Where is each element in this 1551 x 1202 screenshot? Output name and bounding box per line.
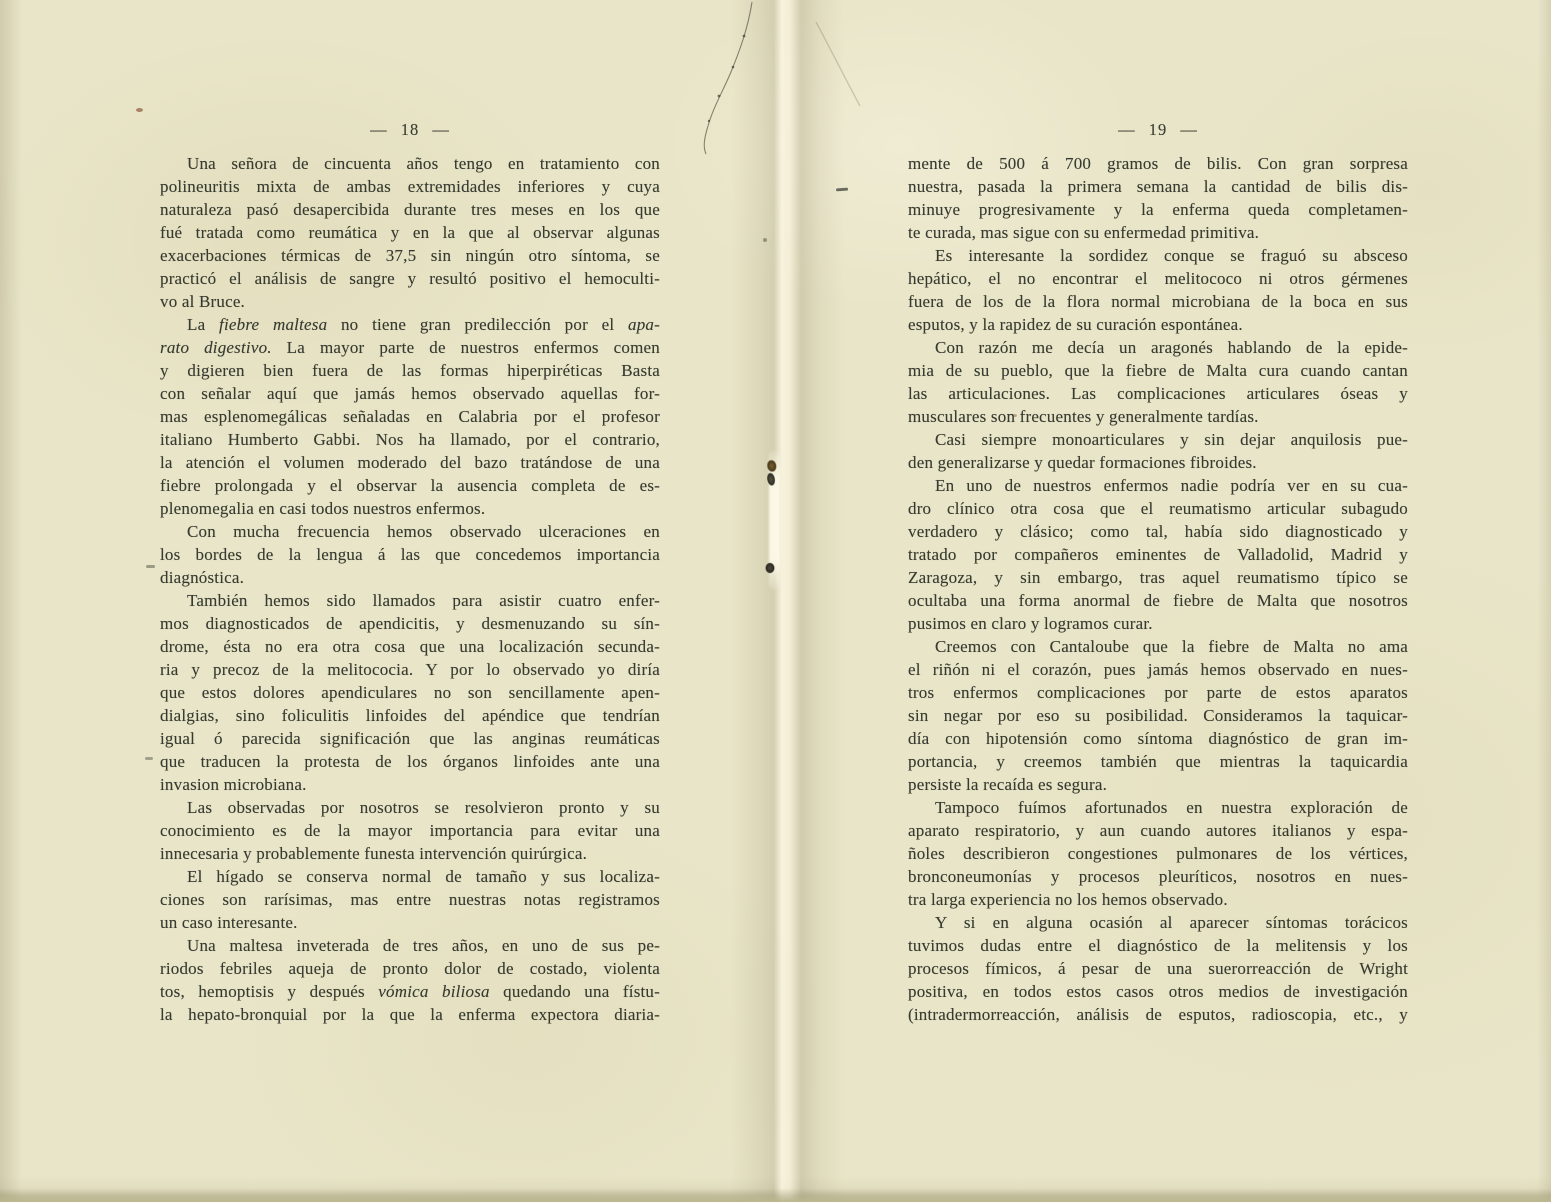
text-line: el riñón ni el corazón, pues jamás hemos… [908,658,1408,681]
text-line: Con razón me decía un aragonés hablando … [908,336,1408,359]
text-line: den generalizarse y quedar formaciones f… [908,451,1408,474]
text-line: verdadero y clásico; como tal, había sid… [908,520,1408,543]
text-line: riodos febriles aqueja de pronto dolor d… [160,957,660,980]
staple-mark-top [761,457,784,490]
text-run: hepático, el no encontrar el melitococo … [908,269,1408,288]
text-line: mente de 500 á 700 gramos de bilis. Con … [908,152,1408,175]
text-run: ocultaba una forma anormal de fiebre de … [908,591,1408,610]
text-run: sin negar por eso su posibilidad. Consid… [908,706,1408,725]
text-line: con señalar aquí que jamás hemos observa… [160,382,660,405]
text-run: los bordes de la lengua á las que conced… [160,545,660,564]
text-run: fiebre maltesa [219,315,327,334]
text-run: que traducen la protesta de los órganos … [160,752,660,771]
fold-highlight [769,450,780,590]
text-line: minuye progresivamente y la enferma qued… [908,198,1408,221]
text-run: un caso interesante. [160,913,298,932]
text-line: conocimiento es de la mayor importancia … [160,819,660,842]
text-run: fuera de los de la flora normal microbia… [908,292,1408,311]
text-run: practicó el análisis de sangre y resultó… [160,269,660,288]
text-line: polineuritis mixta de ambas extremidades… [160,175,660,198]
text-run: tratado por compañeros eminentes de Vall… [908,545,1408,564]
text-run: rato digestivo. [160,338,272,357]
text-line: día con hipotensión como síntoma diagnós… [908,727,1408,750]
text-line: pusimos en claro y logramos curar. [908,612,1408,635]
text-run: ciones son rarísimas, mas entre nuestras… [160,890,660,909]
text-run: Zaragoza, y sin embargo, tras aquel reum… [908,568,1408,587]
text-line: tra larga experiencia no los hemos obser… [908,888,1408,911]
text-run: el riñón ni el corazón, pues jamás hemos… [908,660,1408,679]
text-line: tratado por compañeros eminentes de Vall… [908,543,1408,566]
text-run: te curada, mas sigue con su enfermedad p… [908,223,1259,242]
text-run: día con hipotensión como síntoma diagnós… [908,729,1408,748]
text-line: ñoles describieron congestiones pulmonar… [908,842,1408,865]
text-run: portancia, y creemos también que mientra… [908,752,1408,771]
text-run: esputos, y la rapidez de su curación esp… [908,315,1243,334]
text-run: que estos dolores apendiculares no son s… [160,683,660,702]
text-line: persiste la recaída es segura. [908,773,1408,796]
text-line: dialgias, sino foliculitis linfoides del… [160,704,660,727]
text-line: igual ó parecida significación que las a… [160,727,660,750]
text-run: minuye progresivamente y la enferma qued… [908,200,1408,219]
text-line: tros enfermos complicaciones por parte d… [908,681,1408,704]
text-run: La [187,315,219,334]
text-run: Creemos con Cantaloube que la fiebre de … [935,637,1408,656]
text-run: dialgias, sino foliculitis linfoides del… [160,706,660,725]
text-line: la atención el volumen moderado del bazo… [160,451,660,474]
text-line: que traducen la protesta de los órganos … [160,750,660,773]
ink-speck [136,108,143,112]
text-run: fué tratada como reumática y en la que a… [160,223,660,242]
text-run: con señalar aquí que jamás hemos observa… [160,384,660,403]
text-line: dro clínico otra cosa que el reumatismo … [908,497,1408,520]
text-line: El hígado se conserva normal de tamaño y… [160,865,660,888]
text-run: diagnóstica. [160,568,244,587]
text-line: aparato respiratorio, y aun cuando autor… [908,819,1408,842]
text-run: procesos fímicos, á pesar de una suerorr… [908,959,1408,978]
book-spread: — 18 — Una señora de cincuenta años teng… [0,0,1551,1202]
text-line: ciones son rarísimas, mas entre nuestras… [160,888,660,911]
text-line: Y si en alguna ocasión al aparecer sínto… [908,911,1408,934]
text-line: mia de su pueblo, que la fiebre de Malta… [908,359,1408,382]
text-run: la hepato-bronquial por la que la enferm… [160,1005,660,1024]
page-number: — 19 — [908,121,1408,139]
text-line: En uno de nuestros enfermos nadie podría… [908,474,1408,497]
text-run: polineuritis mixta de ambas extremidades… [160,177,660,196]
page-text: mente de 500 á 700 gramos de bilis. Con … [908,152,1408,1026]
text-run: mas esplenomegálicas señaladas en Calabr… [160,407,660,426]
text-run: conocimiento es de la mayor importancia … [160,821,660,840]
text-run: exacerbaciones térmicas de 37,5 sin ning… [160,246,660,265]
text-line: y digieren bien fuera de las formas hipe… [160,359,660,382]
text-line: ria y precoz de la melitococia. Y por lo… [160,658,660,681]
text-line: procesos fímicos, á pesar de una suerorr… [908,957,1408,980]
text-line: (intradermorreacción, análisis de esputo… [908,1003,1408,1026]
text-line: mos diagnosticados de apendicitis, y des… [160,612,660,635]
text-run: tuvimos dudas entre el diagnóstico de la… [908,936,1408,955]
text-line: Casi siempre monoarticulares y sin dejar… [908,428,1408,451]
ink-speck [763,238,767,242]
text-run: drome, ésta no era otra cosa que una loc… [160,637,660,656]
ink-speck [836,188,848,192]
text-run: tros enfermos complicaciones por parte d… [908,683,1408,702]
text-line: un caso interesante. [160,911,660,934]
text-line: exacerbaciones térmicas de 37,5 sin ning… [160,244,660,267]
text-run: invasion microbiana. [160,775,307,794]
text-line: Una señora de cincuenta años tengo en tr… [160,152,660,175]
text-line: plenomegalia en casi todos nuestros enfe… [160,497,660,520]
text-run: En uno de nuestros enfermos nadie podría… [935,476,1408,495]
text-line: sin negar por eso su posibilidad. Consid… [908,704,1408,727]
text-run: El hígado se conserva normal de tamaño y… [187,867,660,886]
text-run: (intradermorreacción, análisis de esputo… [908,1005,1408,1024]
text-line: hepático, el no encontrar el melitococo … [908,267,1408,290]
text-line: Las observadas por nosotros se resolvier… [160,796,660,819]
text-run: mos diagnosticados de apendicitis, y des… [160,614,660,633]
text-line: Con mucha frecuencia hemos observado ulc… [160,520,660,543]
text-run: italiano Humberto Gabbi. Nos ha llamado,… [160,430,660,449]
text-line: italiano Humberto Gabbi. Nos ha llamado,… [160,428,660,451]
text-line: las articulaciones. Las complicaciones a… [908,382,1408,405]
page-text: Una señora de cincuenta años tengo en tr… [160,152,660,1026]
text-run: Una señora de cincuenta años tengo en tr… [187,154,660,173]
text-run: Una maltesa inveterada de tres años, en … [187,936,660,955]
text-line: Tampoco fuímos afortunados en nuestra ex… [908,796,1408,819]
text-line: fué tratada como reumática y en la que a… [160,221,660,244]
text-line: drome, ésta no era otra cosa que una loc… [160,635,660,658]
text-line: portancia, y creemos también que mientra… [908,750,1408,773]
text-line: esputos, y la rapidez de su curación esp… [908,313,1408,336]
text-run: fiebre prolongada y el observar la ausen… [160,476,660,495]
text-line: fiebre prolongada y el observar la ausen… [160,474,660,497]
text-line: nuestra, pasada la primera semana la can… [908,175,1408,198]
page-number: — 18 — [160,121,660,139]
page-bottom-edge [0,1188,1551,1202]
text-run: riodos febriles aqueja de pronto dolor d… [160,959,660,978]
text-run: Con mucha frecuencia hemos observado ulc… [187,522,660,541]
text-run: verdadero y clásico; como tal, había sid… [908,522,1408,541]
text-line: Zaragoza, y sin embargo, tras aquel reum… [908,566,1408,589]
text-line: bronconeumonías y procesos pleuríticos, … [908,865,1408,888]
text-line: Es interesante la sordidez conque se fra… [908,244,1408,267]
text-run: Las observadas por nosotros se resolvier… [187,798,660,817]
text-line: invasion microbiana. [160,773,660,796]
text-run: y digieren bien fuera de las formas hipe… [160,361,660,380]
text-run: tos, hemoptisis y después [160,982,378,1001]
text-run: apa- [628,315,660,334]
text-line: la hepato-bronquial por la que la enferm… [160,1003,660,1026]
text-run: la atención el volumen moderado del bazo… [160,453,660,472]
text-run: pusimos en claro y logramos curar. [908,614,1153,633]
text-run: mia de su pueblo, que la fiebre de Malta… [908,361,1408,380]
text-line: te curada, mas sigue con su enfermedad p… [908,221,1408,244]
text-line: que estos dolores apendiculares no son s… [160,681,660,704]
text-run: naturaleza pasó desapercibida durante tr… [160,200,660,219]
text-run: no tiene gran predilección por el [327,315,628,334]
text-run: den generalizarse y quedar formaciones f… [908,453,1257,472]
text-line: naturaleza pasó desapercibida durante tr… [160,198,660,221]
text-line: La fiebre maltesa no tiene gran predilec… [160,313,660,336]
text-run: vo al Bruce. [160,292,245,311]
text-line: los bordes de la lengua á las que conced… [160,543,660,566]
page-18: — 18 — Una señora de cincuenta años teng… [160,121,660,1026]
text-line: tos, hemoptisis y después vómica biliosa… [160,980,660,1003]
text-line: rato digestivo. La mayor parte de nuestr… [160,336,660,359]
text-run: positiva, en todos estos casos otros med… [908,982,1408,1001]
ink-speck [146,565,155,568]
text-run: musculares son frecuentes y generalmente… [908,407,1259,426]
text-run: innecesaria y probablemente funesta inte… [160,844,587,863]
text-run: las articulaciones. Las complicaciones a… [908,384,1408,403]
text-run: Casi siempre monoarticulares y sin dejar… [935,430,1408,449]
text-run: ria y precoz de la melitococia. Y por lo… [160,660,660,679]
staple-mark-bottom [762,558,778,578]
text-line: También hemos sido llamados para asistir… [160,589,660,612]
text-run: plenomegalia en casi todos nuestros enfe… [160,499,485,518]
text-line: Creemos con Cantaloube que la fiebre de … [908,635,1408,658]
text-line: tuvimos dudas entre el diagnóstico de la… [908,934,1408,957]
page-19: — 19 — mente de 500 á 700 gramos de bili… [908,121,1408,1026]
text-run: nuestra, pasada la primera semana la can… [908,177,1408,196]
text-run: Con razón me decía un aragonés hablando … [935,338,1408,357]
text-run: dro clínico otra cosa que el reumatismo … [908,499,1408,518]
text-run: quedando una fístu- [490,982,660,1001]
text-line: positiva, en todos estos casos otros med… [908,980,1408,1003]
text-run: Es interesante la sordidez conque se fra… [935,246,1408,265]
text-line: mas esplenomegálicas señaladas en Calabr… [160,405,660,428]
text-line: innecesaria y probablemente funesta inte… [160,842,660,865]
text-run: ñoles describieron congestiones pulmonar… [908,844,1408,863]
text-run: Tampoco fuímos afortunados en nuestra ex… [935,798,1408,817]
text-line: vo al Bruce. [160,290,660,313]
ink-speck [145,757,153,760]
text-run: aparato respiratorio, y aun cuando autor… [908,821,1408,840]
text-run: vómica biliosa [378,982,489,1001]
text-line: musculares son frecuentes y generalmente… [908,405,1408,428]
text-run: persiste la recaída es segura. [908,775,1107,794]
text-line: fuera de los de la flora normal microbia… [908,290,1408,313]
text-line: ocultaba una forma anormal de fiebre de … [908,589,1408,612]
text-run: igual ó parecida significación que las a… [160,729,660,748]
text-run: mente de 500 á 700 gramos de bilis. Con … [908,154,1408,173]
text-line: diagnóstica. [160,566,660,589]
text-line: practicó el análisis de sangre y resultó… [160,267,660,290]
center-fold-crease [730,0,845,1202]
text-run: También hemos sido llamados para asistir… [187,591,660,610]
text-run: La mayor parte de nuestros enfermos come… [272,338,660,357]
text-line: Una maltesa inveterada de tres años, en … [160,934,660,957]
text-run: tra larga experiencia no los hemos obser… [908,890,1228,909]
text-run: bronconeumonías y procesos pleuríticos, … [908,867,1408,886]
text-run: Y si en alguna ocasión al aparecer sínto… [935,913,1408,932]
